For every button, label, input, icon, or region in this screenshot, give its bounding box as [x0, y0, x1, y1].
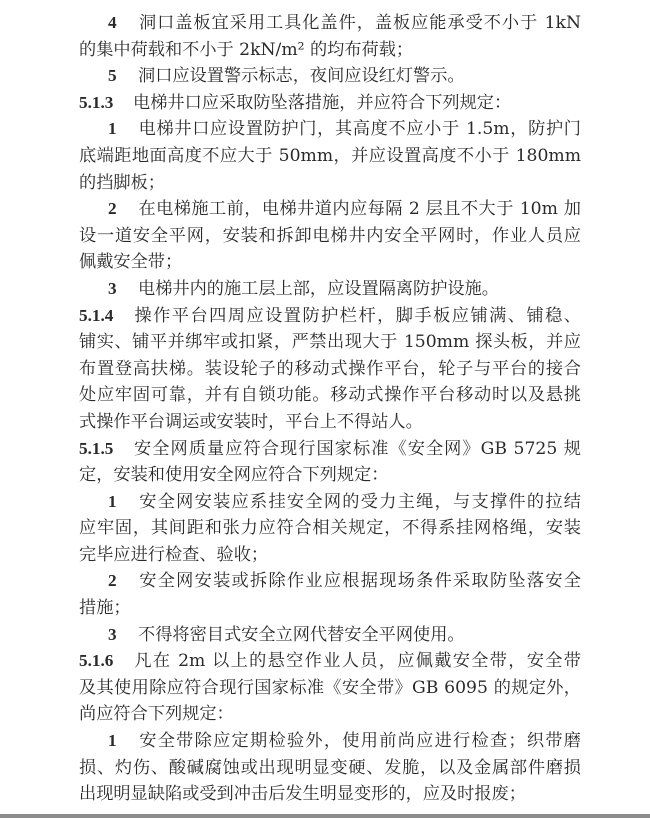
- line-text: 布置登高扶梯。装设轮子的移动式操作平台，轮子与平台的接合: [79, 359, 581, 379]
- section-number: 5.1.3: [79, 90, 133, 117]
- section-number: 5.1.4: [79, 303, 133, 330]
- list-item-line: 2安全网安装或拆除作业应根据现场条件采取防坠落安全: [79, 568, 581, 595]
- line-text: 电梯井口应采取防坠落措施，并应符合下列规定：: [133, 93, 511, 113]
- line-text: 处应牢固可靠，并有自锁功能。移动式操作平台移动时以及悬挑: [79, 385, 581, 405]
- text-line: 出现明显缺陷或受到冲击后发生明显变形的，应及时报废；: [79, 781, 581, 808]
- line-text: 及其使用除应符合现行国家标准《安全带》GB 6095 的规定外，: [79, 678, 581, 698]
- text-line: 布置登高扶梯。装设轮子的移动式操作平台，轮子与平台的接合: [79, 356, 581, 383]
- line-text: 的挡脚板；: [79, 173, 165, 193]
- item-number: 3: [108, 622, 138, 649]
- line-text: 安全网安装或拆除作业应根据现场条件采取防坠落安全: [138, 571, 581, 591]
- text-line: 定，安装和使用安全网应符合下列规定：: [79, 462, 581, 489]
- text-line: 应牢固，其间距和张力应符合相关规定，不得系挂网格绳，安装: [79, 515, 581, 542]
- text-line: 铺实、铺平并绑牢或扣紧，严禁出现大于 150mm 探头板，并应: [79, 329, 581, 356]
- text-line: 损、灼伤、酸碱腐蚀或出现明显变硬、发脆，以及金属部件磨损: [79, 755, 581, 782]
- section-number: 5.1.5: [79, 436, 133, 463]
- line-text: 出现明显缺陷或受到冲击后发生明显变形的，应及时报废；: [79, 784, 526, 804]
- text-line: 完毕应进行检查、验收；: [79, 542, 581, 569]
- section-clause-line: 5.1.3电梯井口应采取防坠落措施，并应符合下列规定：: [79, 90, 581, 117]
- line-text: 损、灼伤、酸碱腐蚀或出现明显变硬、发脆，以及金属部件磨损: [79, 758, 581, 778]
- line-text: 完毕应进行检查、验收；: [79, 545, 268, 565]
- line-text: 在电梯施工前，电梯井道内应每隔 2 层且不大于 10m 加: [138, 199, 581, 219]
- text-line: 尚应符合下列规定：: [79, 701, 581, 728]
- item-number: 1: [108, 116, 138, 143]
- line-text: 佩戴安全带；: [79, 252, 182, 272]
- line-text: 尚应符合下列规定：: [79, 704, 234, 724]
- line-text: 的集中荷载和不小于 2kN/m² 的均布荷载；: [79, 40, 413, 60]
- text-line: 式操作平台调运或安装时，平台上不得站人。: [79, 409, 581, 436]
- line-text: 定，安装和使用安全网应符合下列规定：: [79, 465, 388, 485]
- list-item-line: 5洞口应设置警示标志，夜间应设红灯警示。: [79, 63, 581, 90]
- line-text: 安全带除应定期检验外，使用前尚应进行检查；织带磨: [138, 731, 581, 751]
- line-text: 措施；: [79, 598, 131, 618]
- list-item-line: 2在电梯施工前，电梯井道内应每隔 2 层且不大于 10m 加: [79, 196, 581, 223]
- section-number: 5.1.6: [79, 648, 133, 675]
- item-number: 3: [108, 276, 138, 303]
- item-number: 2: [108, 196, 138, 223]
- line-text: 应牢固，其间距和张力应符合相关规定，不得系挂网格绳，安装: [79, 518, 581, 538]
- line-text: 洞口应设置警示标志，夜间应设红灯警示。: [138, 66, 465, 86]
- line-text: 电梯井内的施工层上部，应设置隔离防护设施。: [138, 279, 499, 299]
- item-number: 5: [108, 63, 138, 90]
- item-number: 1: [108, 728, 138, 755]
- line-text: 设一道安全平网，安装和拆卸电梯井内安全平网时，作业人员应: [79, 226, 581, 246]
- bottom-border: [0, 814, 650, 818]
- line-text: 安全网质量应符合现行国家标准《安全网》GB 5725 规: [133, 439, 581, 459]
- section-clause-line: 5.1.5安全网质量应符合现行国家标准《安全网》GB 5725 规: [79, 436, 581, 463]
- text-line: 的集中荷载和不小于 2kN/m² 的均布荷载；: [79, 37, 581, 64]
- item-number: 1: [108, 489, 138, 516]
- line-text: 电梯井口应设置防护门，其高度不应小于 1.5m，防护门: [138, 119, 581, 139]
- text-line: 措施；: [79, 595, 581, 622]
- line-text: 安全网安装应系挂安全网的受力主绳，与支撑件的拉结: [138, 492, 581, 512]
- line-text: 底端距地面高度不应大于 50mm，并应设置高度不小于 180mm: [79, 146, 581, 166]
- section-clause-line: 5.1.6凡在 2m 以上的悬空作业人员，应佩戴安全带，安全带: [79, 648, 581, 675]
- line-text: 洞口盖板宜采用工具化盖件，盖板应能承受不小于 1kN: [138, 13, 581, 33]
- section-clause-line: 5.1.4操作平台四周应设置防护栏杆，脚手板应铺满、铺稳、: [79, 303, 581, 330]
- text-line: 及其使用除应符合现行国家标准《安全带》GB 6095 的规定外，: [79, 675, 581, 702]
- list-item-line: 3不得将密目式安全立网代替安全平网使用。: [79, 622, 581, 649]
- item-number: 2: [108, 568, 138, 595]
- line-text: 不得将密目式安全立网代替安全平网使用。: [138, 625, 465, 645]
- line-text: 操作平台四周应设置防护栏杆，脚手板应铺满、铺稳、: [133, 306, 581, 326]
- list-item-line: 1电梯井口应设置防护门，其高度不应小于 1.5m，防护门: [79, 116, 581, 143]
- list-item-line: 3电梯井内的施工层上部，应设置隔离防护设施。: [79, 276, 581, 303]
- document-page: 4洞口盖板宜采用工具化盖件，盖板应能承受不小于 1kN的集中荷载和不小于 2kN…: [79, 10, 581, 808]
- list-item-line: 4洞口盖板宜采用工具化盖件，盖板应能承受不小于 1kN: [79, 10, 581, 37]
- text-line: 佩戴安全带；: [79, 249, 581, 276]
- text-line: 设一道安全平网，安装和拆卸电梯井内安全平网时，作业人员应: [79, 223, 581, 250]
- list-item-line: 1安全带除应定期检验外，使用前尚应进行检查；织带磨: [79, 728, 581, 755]
- item-number: 4: [108, 10, 138, 37]
- line-text: 式操作平台调运或安装时，平台上不得站人。: [79, 412, 423, 432]
- text-line: 底端距地面高度不应大于 50mm，并应设置高度不小于 180mm: [79, 143, 581, 170]
- line-text: 铺实、铺平并绑牢或扣紧，严禁出现大于 150mm 探头板，并应: [79, 332, 581, 352]
- list-item-line: 1安全网安装应系挂安全网的受力主绳，与支撑件的拉结: [79, 489, 581, 516]
- text-line: 的挡脚板；: [79, 170, 581, 197]
- text-line: 处应牢固可靠，并有自锁功能。移动式操作平台移动时以及悬挑: [79, 382, 581, 409]
- line-text: 凡在 2m 以上的悬空作业人员，应佩戴安全带，安全带: [133, 651, 581, 671]
